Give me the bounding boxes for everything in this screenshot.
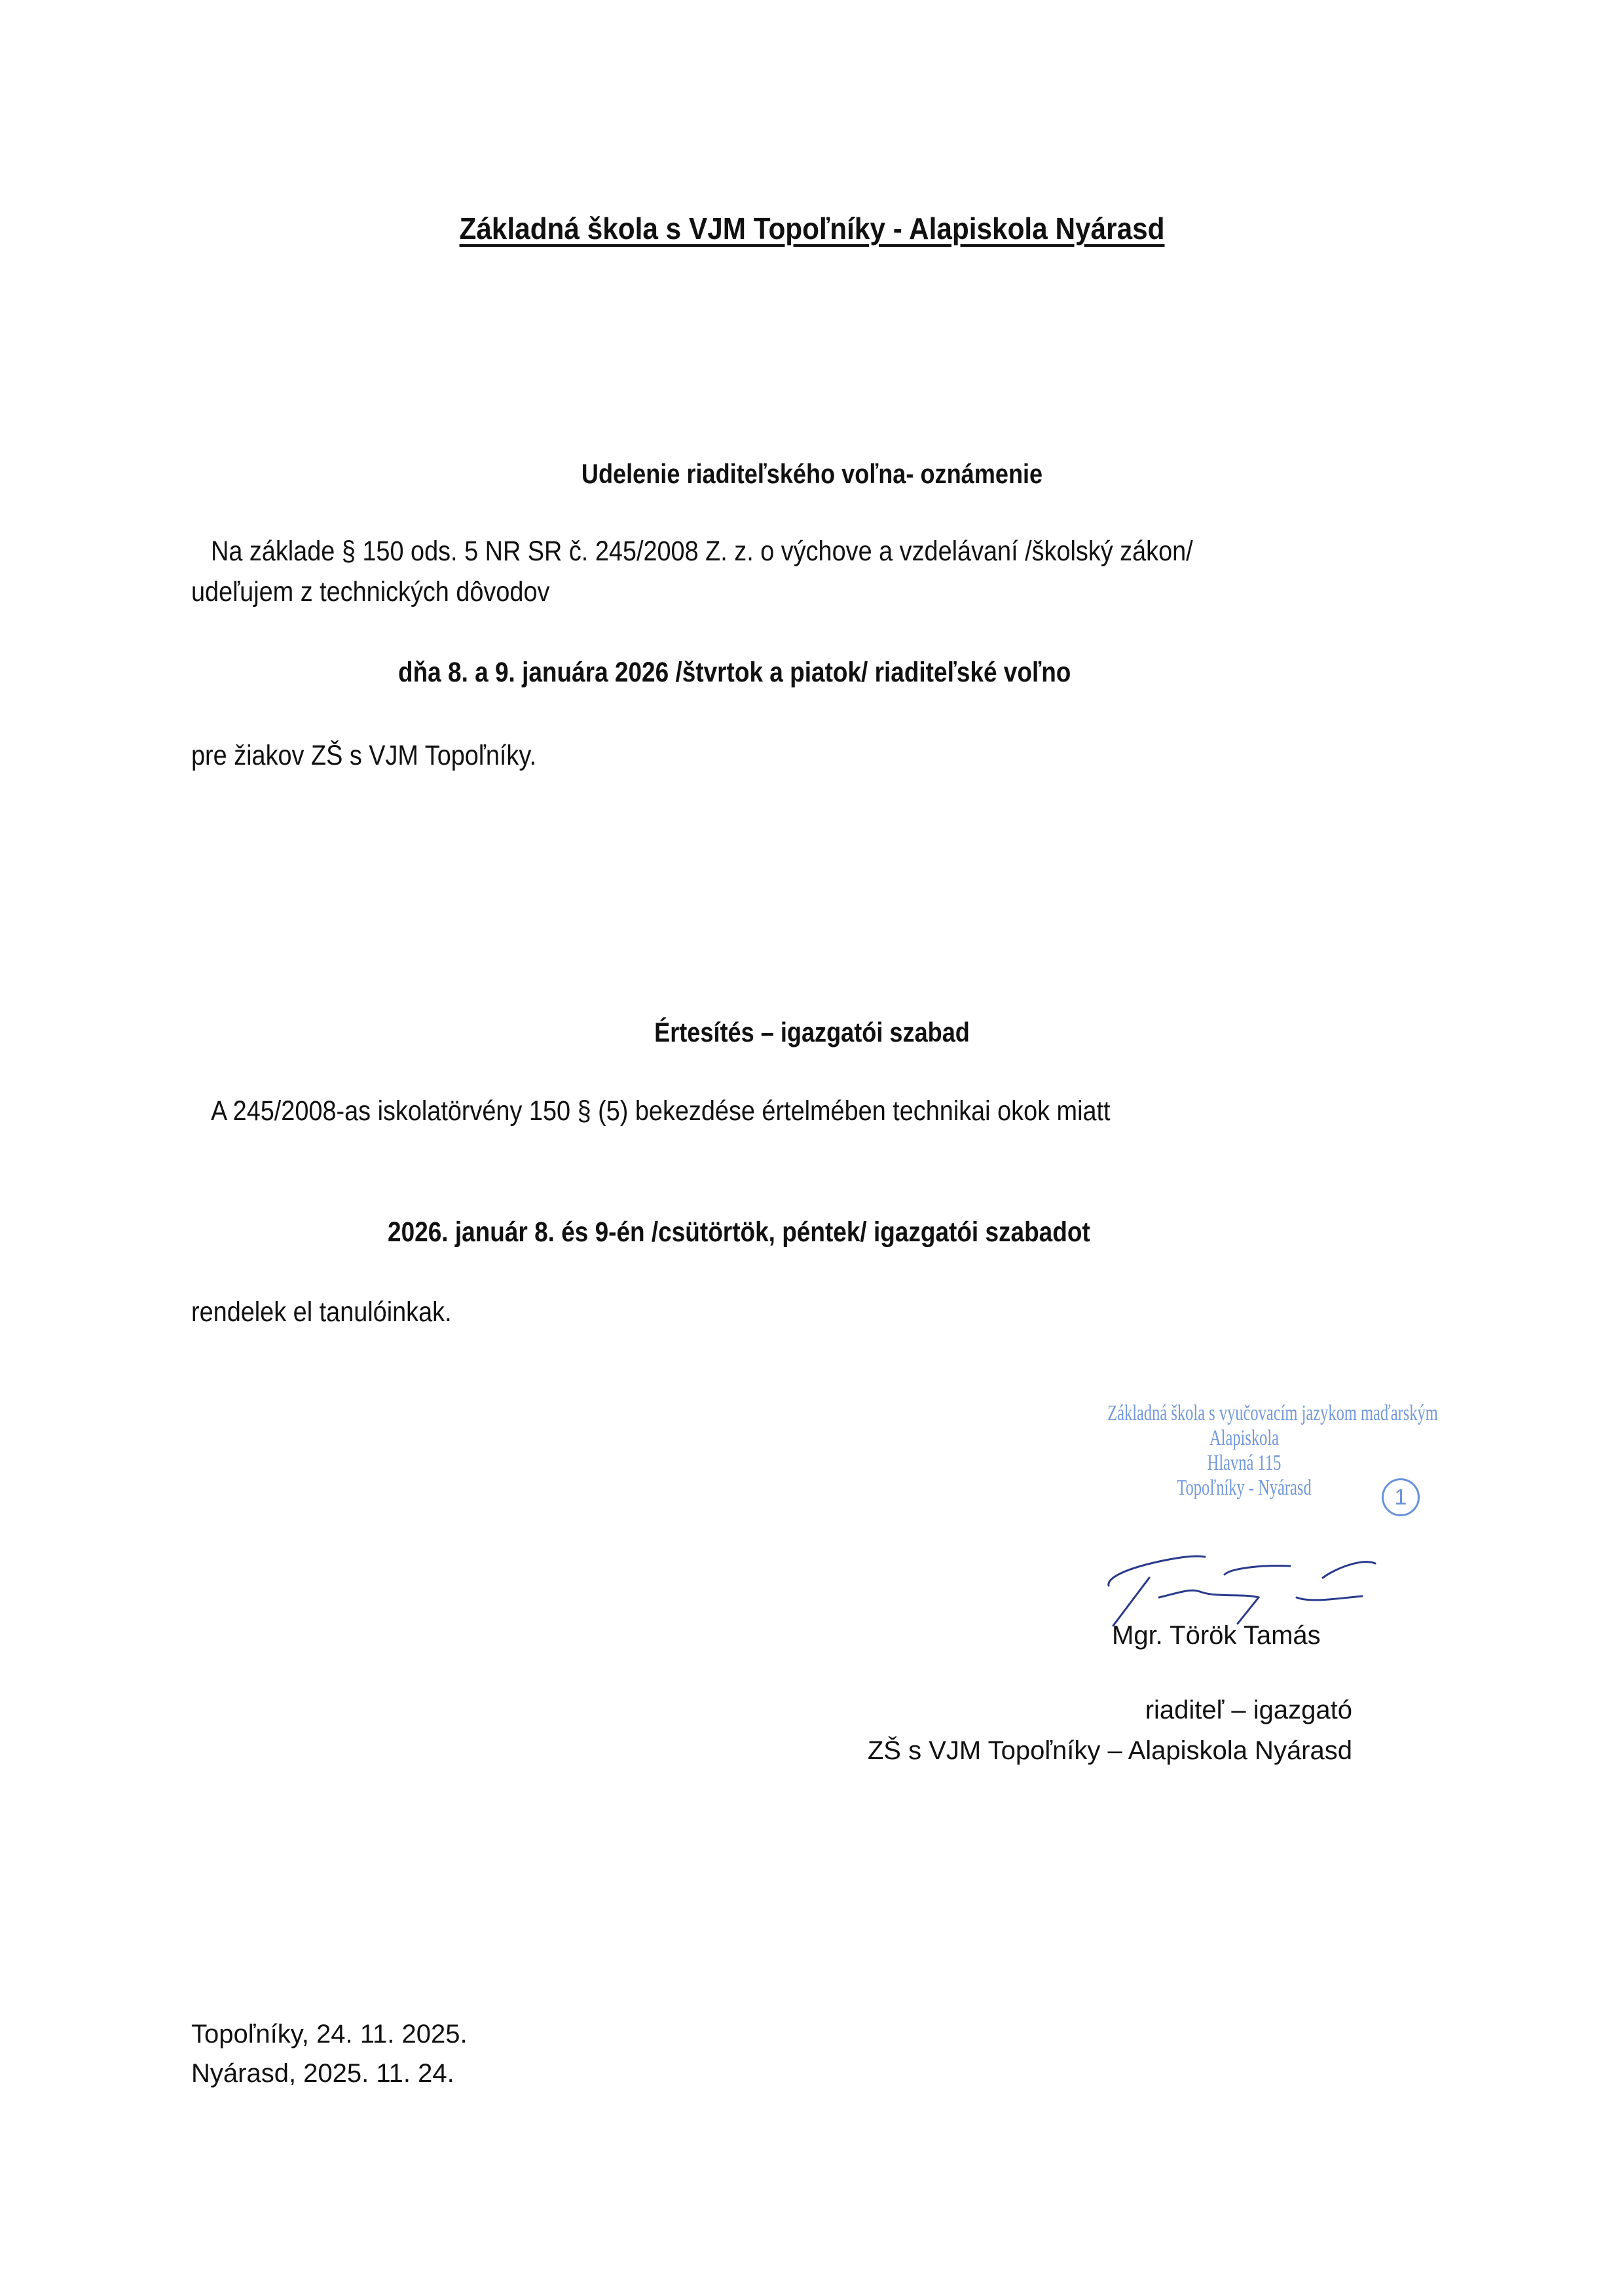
- stamp-line-1: Základná škola s vyučovacím jazykom maďa…: [1107, 1401, 1381, 1426]
- signatory-name: Mgr. Török Tamás: [1112, 1621, 1321, 1650]
- stamp-line-4: Topoľníky - Nyárasd: [1107, 1476, 1381, 1501]
- stamp-line-2: Alapiskola: [1107, 1426, 1381, 1451]
- sk-closing-line: pre žiakov ZŠ s VJM Topoľníky.: [191, 740, 536, 772]
- stamp-line-3: Hlavná 115: [1107, 1451, 1381, 1476]
- hu-paragraph-line-1: A 245/2008-as iskolatörvény 150 § (5) be…: [211, 1095, 1111, 1127]
- hu-closing-line: rendelek el tanulóinkak.: [191, 1296, 452, 1328]
- stamp-number-badge: 1: [1382, 1478, 1420, 1516]
- school-stamp: Základná škola s vyučovacím jazykom maďa…: [1054, 1401, 1434, 1501]
- document-header-title: Základná škola s VJM Topoľníky - Alapisk…: [65, 211, 1559, 246]
- signatory-institution: ZŠ s VJM Topoľníky – Alapiskola Nyárasd: [868, 1736, 1352, 1766]
- handwritten-signature: [1087, 1532, 1395, 1630]
- sk-section-heading: Udelenie riaditeľského voľna- oznámenie: [114, 458, 1511, 490]
- sk-paragraph-line-1: Na základe § 150 ods. 5 NR SR č. 245/200…: [211, 536, 1193, 568]
- hu-section-heading: Értesítés – igazgatói szabad: [114, 1017, 1511, 1048]
- sk-paragraph-line-2: udeľujem z technických dôvodov: [191, 576, 549, 608]
- date-sk: Topoľníky, 24. 11. 2025.: [191, 2020, 468, 2049]
- date-hu: Nyárasd, 2025. 11. 24.: [191, 2059, 454, 2088]
- signatory-role: riaditeľ – igazgató: [1145, 1696, 1352, 1725]
- sk-dates-line: dňa 8. a 9. januára 2026 /štvrtok a piat…: [398, 657, 1071, 689]
- hu-dates-line: 2026. január 8. és 9-én /csütörtök, pént…: [388, 1216, 1090, 1248]
- document-page: Základná škola s VJM Topoľníky - Alapisk…: [0, 0, 1624, 2296]
